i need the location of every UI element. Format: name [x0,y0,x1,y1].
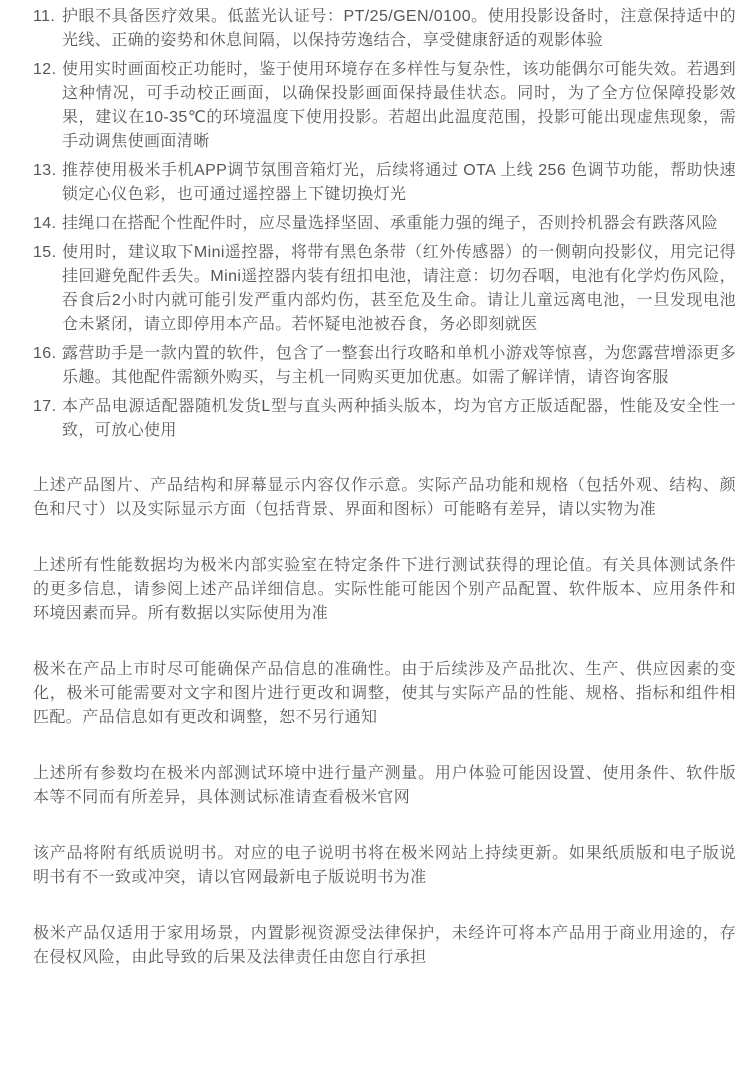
note-text: 护眼不具备医疗效果。低蓝光认证号：PT/25/GEN/0100。使用投影设备时，… [62,5,736,53]
note-number: 11. [33,5,62,53]
disclaimer-paragraph: 极米在产品上市时尽可能确保产品信息的准确性。由于后续涉及产品批次、生产、供应因素… [33,658,736,730]
note-number: 15. [33,241,62,337]
note-number: 13. [33,159,62,207]
note-item: 11. 护眼不具备医疗效果。低蓝光认证号：PT/25/GEN/0100。使用投影… [33,5,736,53]
note-text: 推荐使用极米手机APP调节氛围音箱灯光，后续将通过 OTA 上线 256 色调节… [62,159,736,207]
note-item: 12. 使用实时画面校正功能时，鉴于使用环境存在多样性与复杂性，该功能偶尔可能失… [33,58,736,154]
note-text: 挂绳口在搭配个性配件时，应尽量选择坚固、承重能力强的绳子，否则拎机器会有跌落风险 [62,212,736,236]
note-item: 17. 本产品电源适配器随机发货L型与直头两种插头版本，均为官方正版适配器，性能… [33,395,736,443]
note-item: 14. 挂绳口在搭配个性配件时，应尽量选择坚固、承重能力强的绳子，否则拎机器会有… [33,212,736,236]
note-number: 14. [33,212,62,236]
notes-list: 11. 护眼不具备医疗效果。低蓝光认证号：PT/25/GEN/0100。使用投影… [33,5,736,443]
product-disclaimer-page: 11. 护眼不具备医疗效果。低蓝光认证号：PT/25/GEN/0100。使用投影… [0,0,750,1087]
note-text: 本产品电源适配器随机发货L型与直头两种插头版本，均为官方正版适配器，性能及安全性… [62,395,736,443]
note-item: 13. 推荐使用极米手机APP调节氛围音箱灯光，后续将通过 OTA 上线 256… [33,159,736,207]
disclaimer-paragraph: 上述所有参数均在极米内部测试环境中进行量产测量。用户体验可能因设置、使用条件、软… [33,762,736,810]
note-number: 12. [33,58,62,154]
note-number: 17. [33,395,62,443]
note-item: 15. 使用时，建议取下Mini遥控器，将带有黑色条带（红外传感器）的一侧朝向投… [33,241,736,337]
note-item: 16. 露营助手是一款内置的软件，包含了一整套出行攻略和单机小游戏等惊喜，为您露… [33,342,736,390]
disclaimer-paragraph: 上述产品图片、产品结构和屏幕显示内容仅作示意。实际产品功能和规格（包括外观、结构… [33,474,736,522]
disclaimer-paragraph: 上述所有性能数据均为极米内部实验室在特定条件下进行测试获得的理论值。有关具体测试… [33,554,736,626]
disclaimer-paragraph: 极米产品仅适用于家用场景，内置影视资源受法律保护，未经许可将本产品用于商业用途的… [33,922,736,970]
disclaimer-paragraph: 该产品将附有纸质说明书。对应的电子说明书将在极米网站上持续更新。如果纸质版和电子… [33,842,736,890]
note-number: 16. [33,342,62,390]
note-text: 使用实时画面校正功能时，鉴于使用环境存在多样性与复杂性，该功能偶尔可能失效。若遇… [62,58,736,154]
note-text: 露营助手是一款内置的软件，包含了一整套出行攻略和单机小游戏等惊喜，为您露营增添更… [62,342,736,390]
note-text: 使用时，建议取下Mini遥控器，将带有黑色条带（红外传感器）的一侧朝向投影仪，用… [62,241,736,337]
disclaimer-paragraphs: 上述产品图片、产品结构和屏幕显示内容仅作示意。实际产品功能和规格（包括外观、结构… [33,448,736,970]
